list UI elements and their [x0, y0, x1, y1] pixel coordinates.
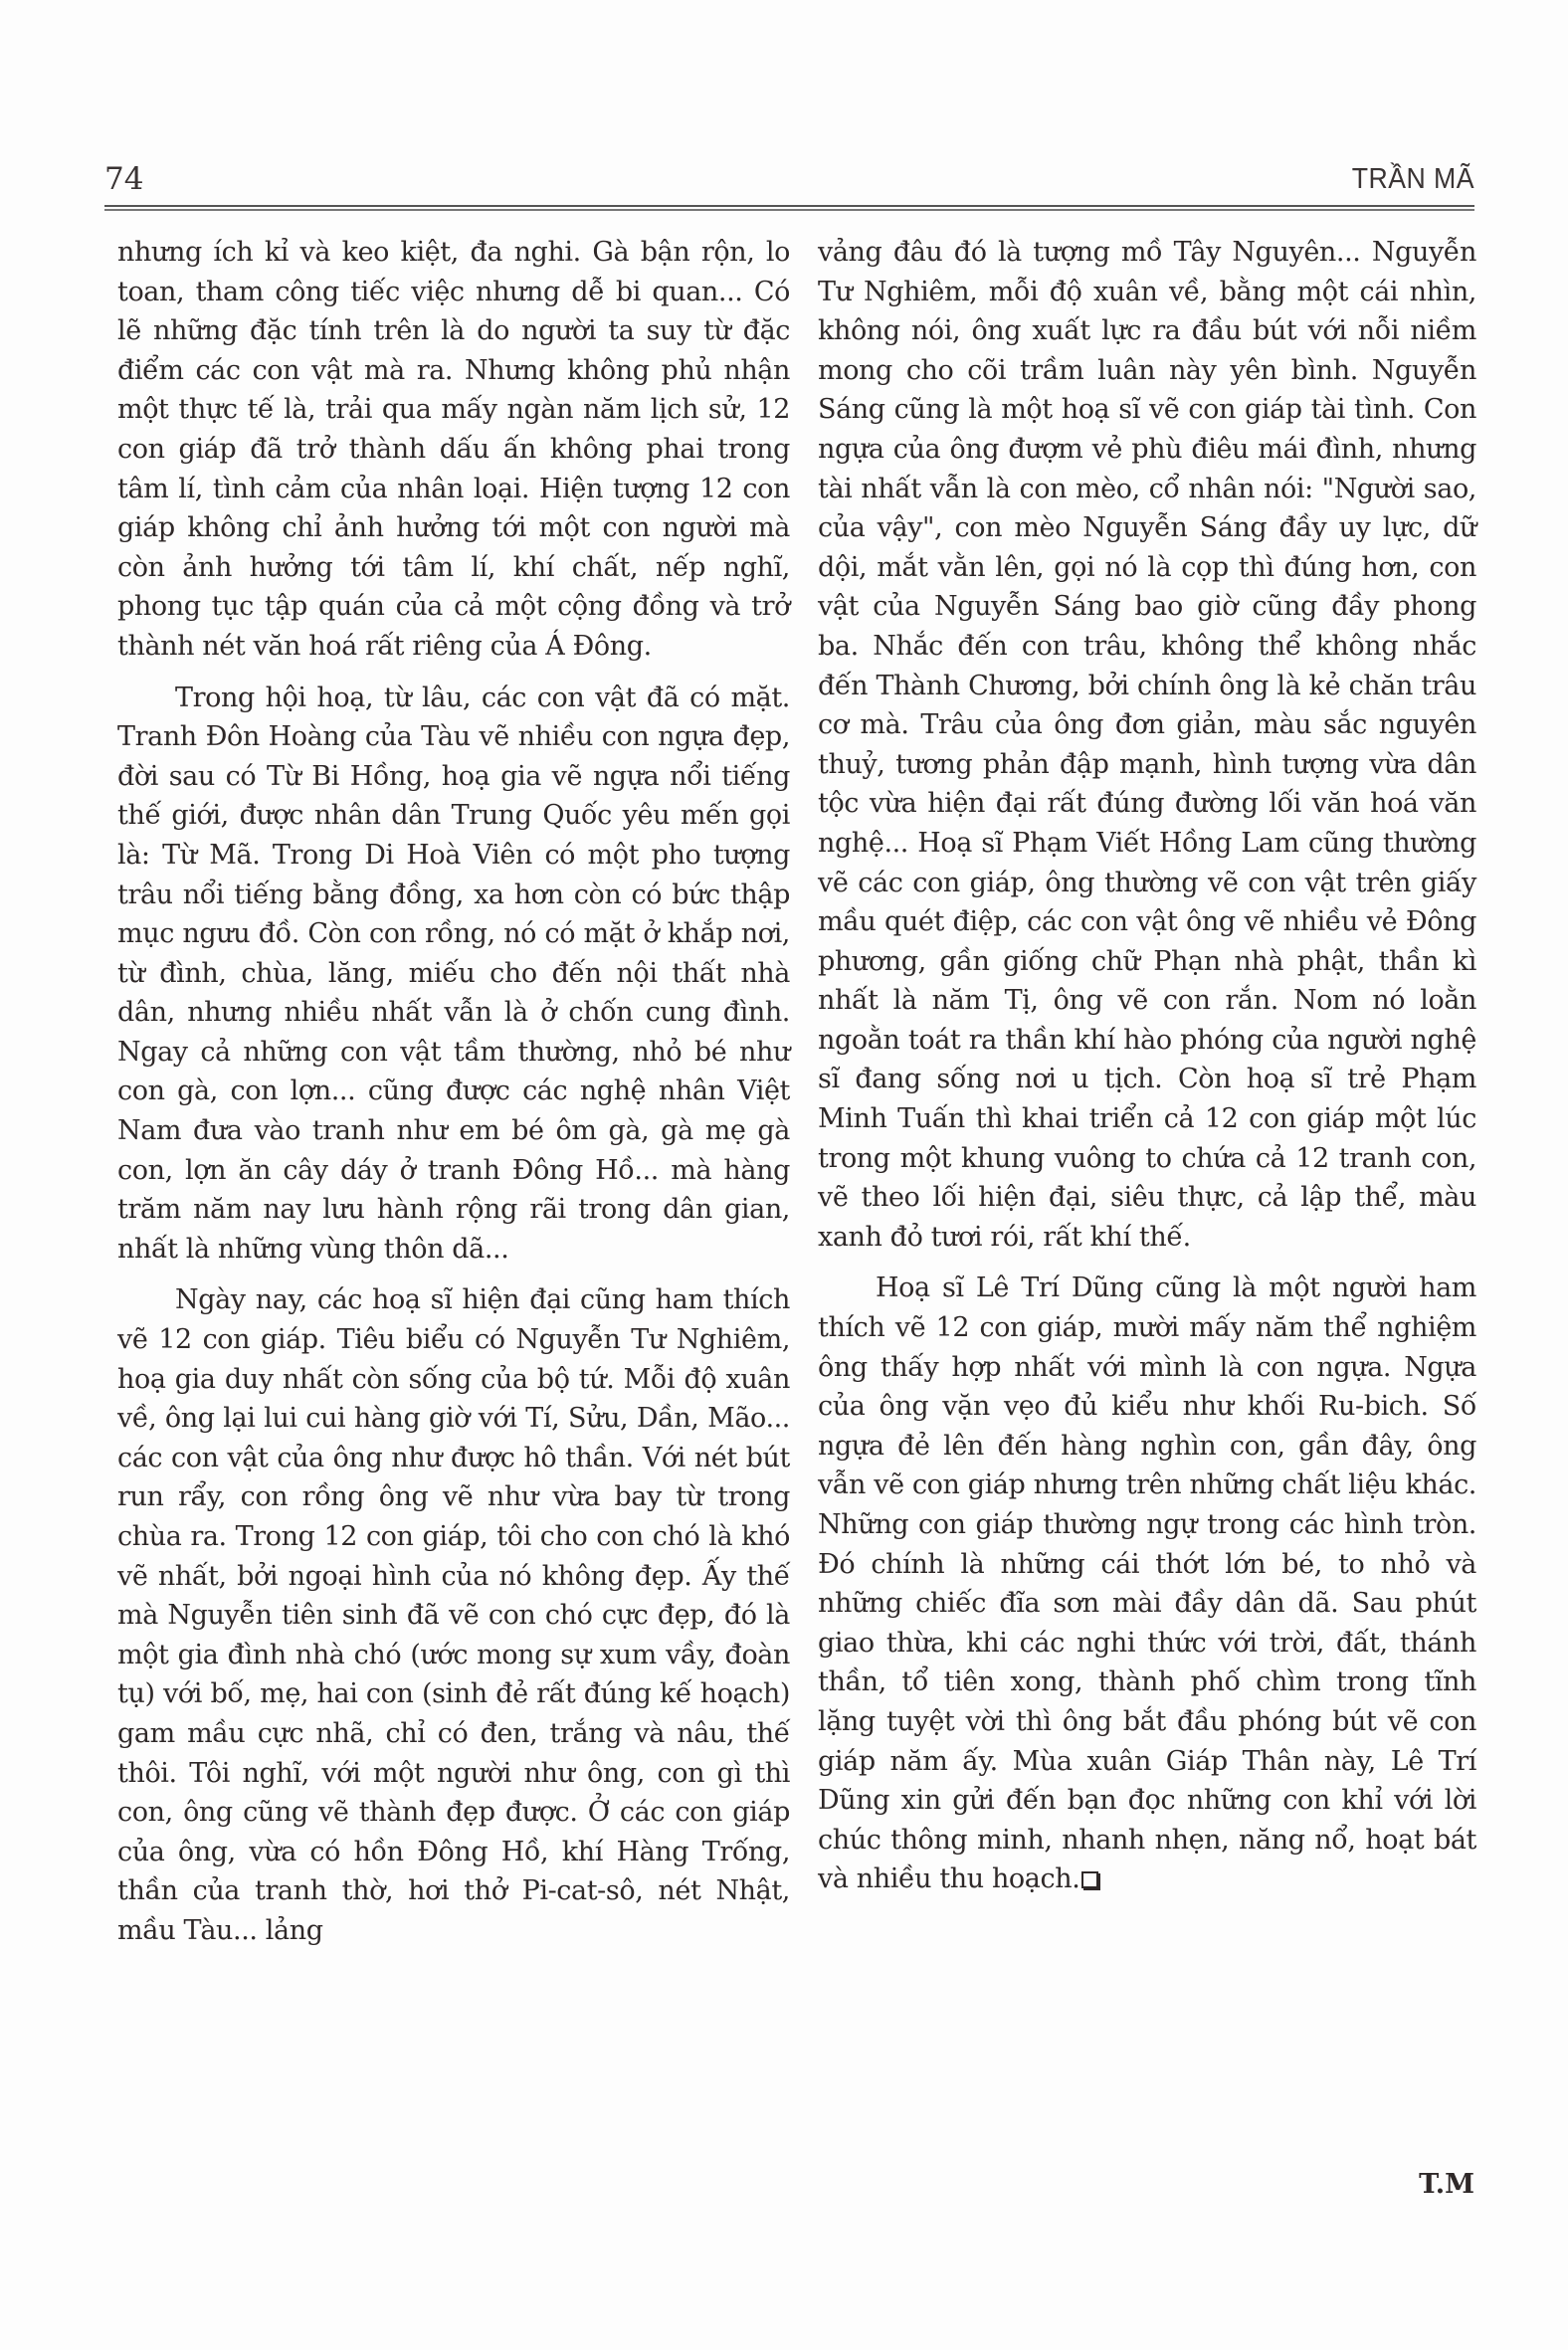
- paragraph-continued: nhưng ích kỉ và keo kiệt, đa nghi. Gà bậ…: [117, 233, 790, 667]
- end-of-article-square-icon: [1081, 1871, 1098, 1888]
- paragraph-continued-right: vảng đâu đó là tượng mồ Tây Nguyên... Ng…: [818, 233, 1476, 1257]
- right-column: vảng đâu đó là tượng mồ Tây Nguyên... Ng…: [818, 233, 1476, 1911]
- paragraph-le-tri-dung: Hoạ sĩ Lê Trí Dũng cũng là một người ham…: [818, 1269, 1476, 1899]
- paragraph-painting-history: Trong hội hoạ, từ lâu, các con vật đã có…: [117, 679, 790, 1270]
- paragraph-le-tri-dung-text: Hoạ sĩ Lê Trí Dũng cũng là một người ham…: [818, 1273, 1476, 1894]
- page-header: 74 TRẦN MÃ: [104, 159, 1474, 199]
- running-head-author: TRẦN MÃ: [1352, 159, 1474, 199]
- page-number: 74: [104, 159, 143, 199]
- header-rule-bottom: [104, 209, 1474, 211]
- author-signature: T.M: [1419, 2165, 1474, 2205]
- paragraph-modern-painters: Ngày nay, các hoạ sĩ hiện đại cũng ham t…: [117, 1280, 790, 1950]
- left-column: nhưng ích kỉ và keo kiệt, đa nghi. Gà bậ…: [117, 233, 790, 1963]
